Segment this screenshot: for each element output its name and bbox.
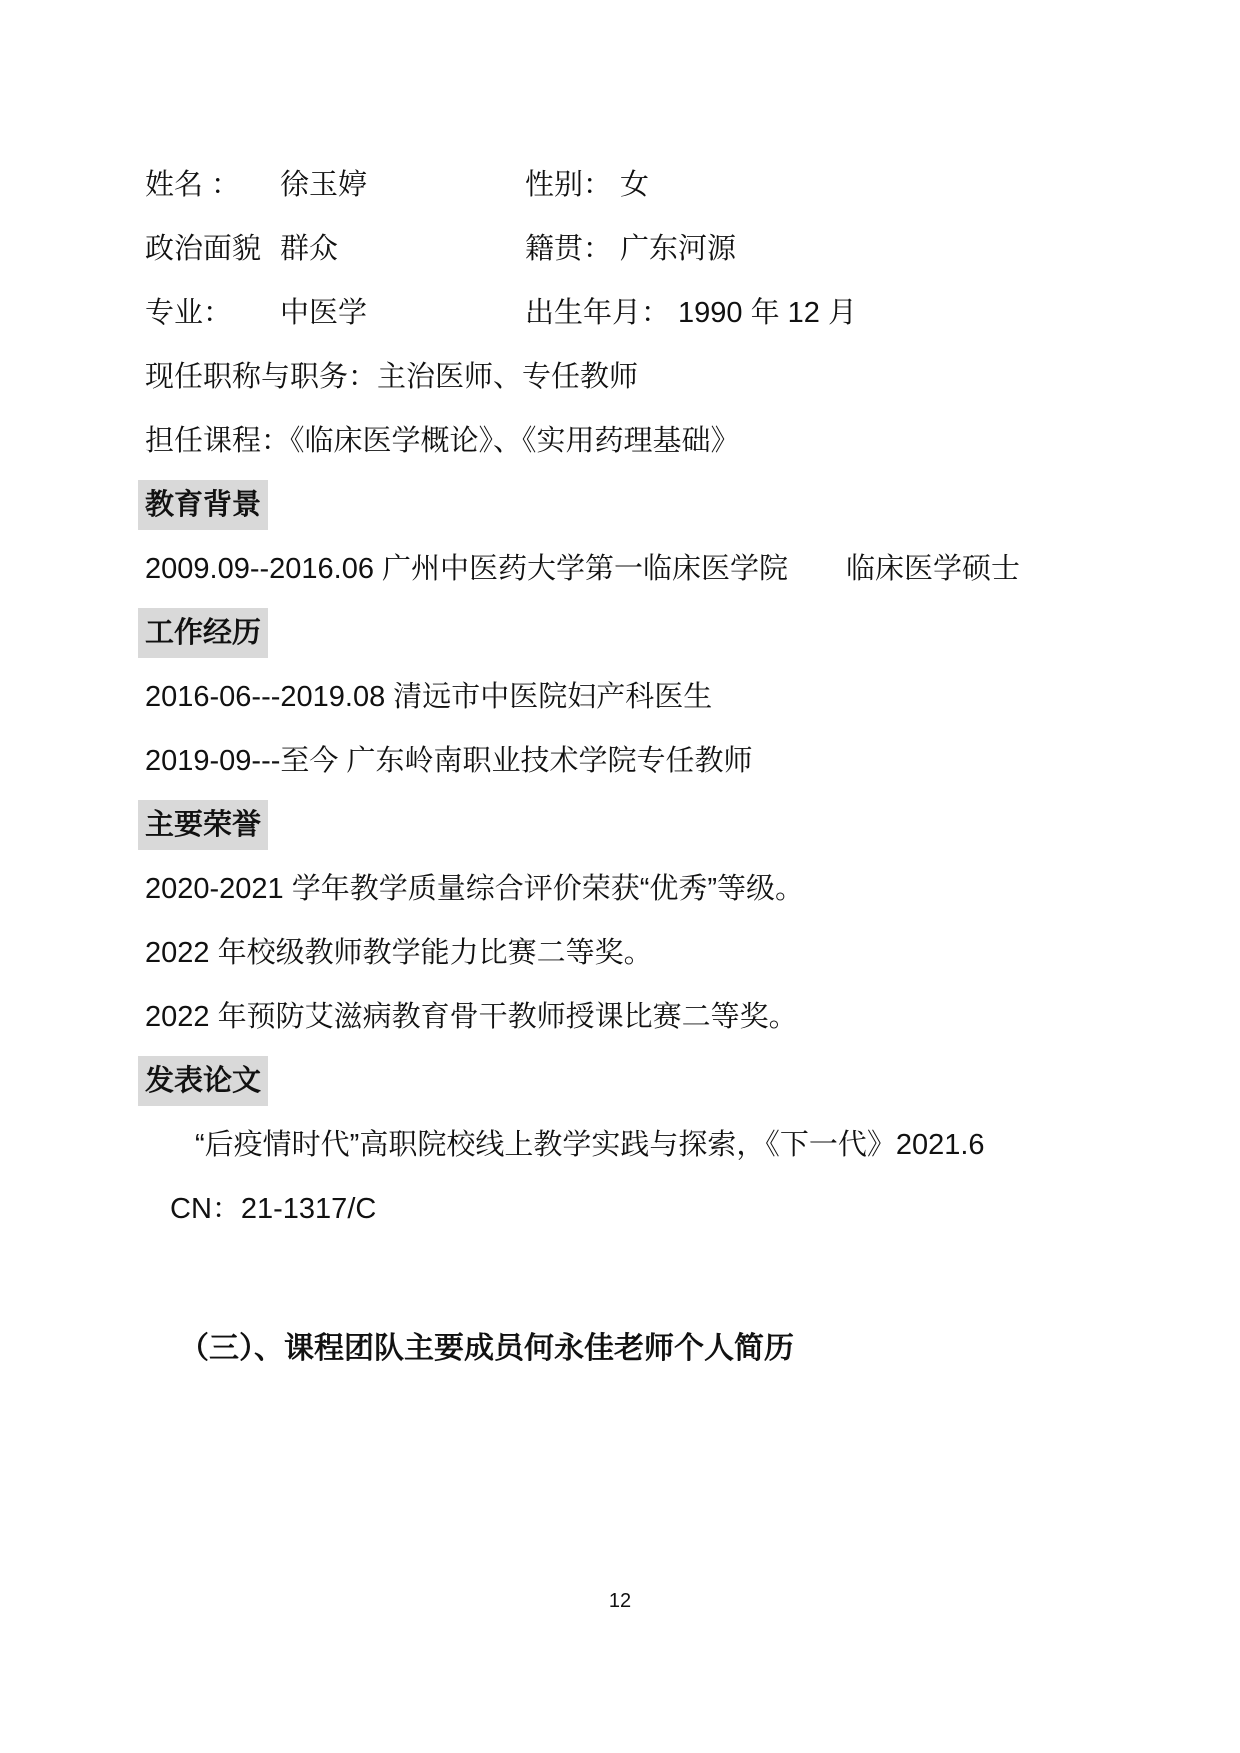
closing-heading: （三）、课程团队主要成员何永佳老师个人简历: [145, 1317, 1100, 1381]
resume-content: 姓名 ： 徐玉婷 性别： 女 政治面貌 群众 籍贯： 广东河源 专业： 中医学 …: [145, 153, 1100, 1381]
profile-row-major-birth: 专业： 中医学 出生年月： 1990 年 12 月: [145, 281, 1100, 345]
profile-row-political-native: 政治面貌 群众 籍贯： 广东河源: [145, 217, 1100, 281]
honor-item-3: 2022 年预防艾滋病教育骨干教师授课比赛二等奖。: [145, 985, 1100, 1049]
gender-label: 性别：: [525, 153, 612, 217]
publications-heading-text: 发表论文: [138, 1056, 268, 1106]
courses-line: 担任课程：《临床医学概论》、《实用药理基础》: [145, 409, 1100, 473]
section-heading-work: 工作经历: [145, 601, 1100, 665]
name-label: 姓名 ：: [145, 153, 280, 217]
section-heading-honors: 主要荣誉: [145, 793, 1100, 857]
education-heading-text: 教育背景: [138, 480, 268, 530]
native-place-label: 籍贯：: [525, 217, 612, 281]
honor-item-1: 2020-2021 学年教学质量综合评价荣获“优秀”等级。: [145, 857, 1100, 921]
work-heading-text: 工作经历: [138, 608, 268, 658]
birth-date-label: 出生年月：: [525, 281, 670, 345]
gender-value: 女: [620, 153, 649, 217]
current-position-line: 现任职称与职务：主治医师、专任教师: [145, 345, 1100, 409]
honor-item-2: 2022 年校级教师教学能力比赛二等奖。: [145, 921, 1100, 985]
section-heading-education: 教育背景: [145, 473, 1100, 537]
honors-heading-text: 主要荣誉: [138, 800, 268, 850]
political-status-label: 政治面貌: [145, 217, 280, 281]
profile-row-name-gender: 姓名 ： 徐玉婷 性别： 女: [145, 153, 1100, 217]
work-item-2: 2019-09---至今 广东岭南职业技术学院专任教师: [145, 729, 1100, 793]
section-heading-publications: 发表论文: [145, 1049, 1100, 1113]
major-label: 专业：: [145, 281, 280, 345]
work-item-1: 2016-06---2019.08 清远市中医院妇产科医生: [145, 665, 1100, 729]
birth-date-value: 1990 年 12 月: [678, 281, 857, 345]
native-place-value: 广东河源: [620, 217, 736, 281]
major-value: 中医学: [280, 281, 525, 345]
political-status-value: 群众: [280, 217, 525, 281]
education-item: 2009.09--2016.06 广州中医药大学第一临床医学院 临床医学硕士: [145, 537, 1100, 601]
publication-item: “后疫情时代”高职院校线上教学实践与探索，《下一代》2021.6: [145, 1113, 1100, 1177]
page-number: 12: [0, 1590, 1240, 1613]
publication-cn-number: CN：21-1317/C: [145, 1177, 1100, 1241]
name-value: 徐玉婷: [280, 153, 525, 217]
document-page: 姓名 ： 徐玉婷 性别： 女 政治面貌 群众 籍贯： 广东河源 专业： 中医学 …: [0, 0, 1240, 1753]
